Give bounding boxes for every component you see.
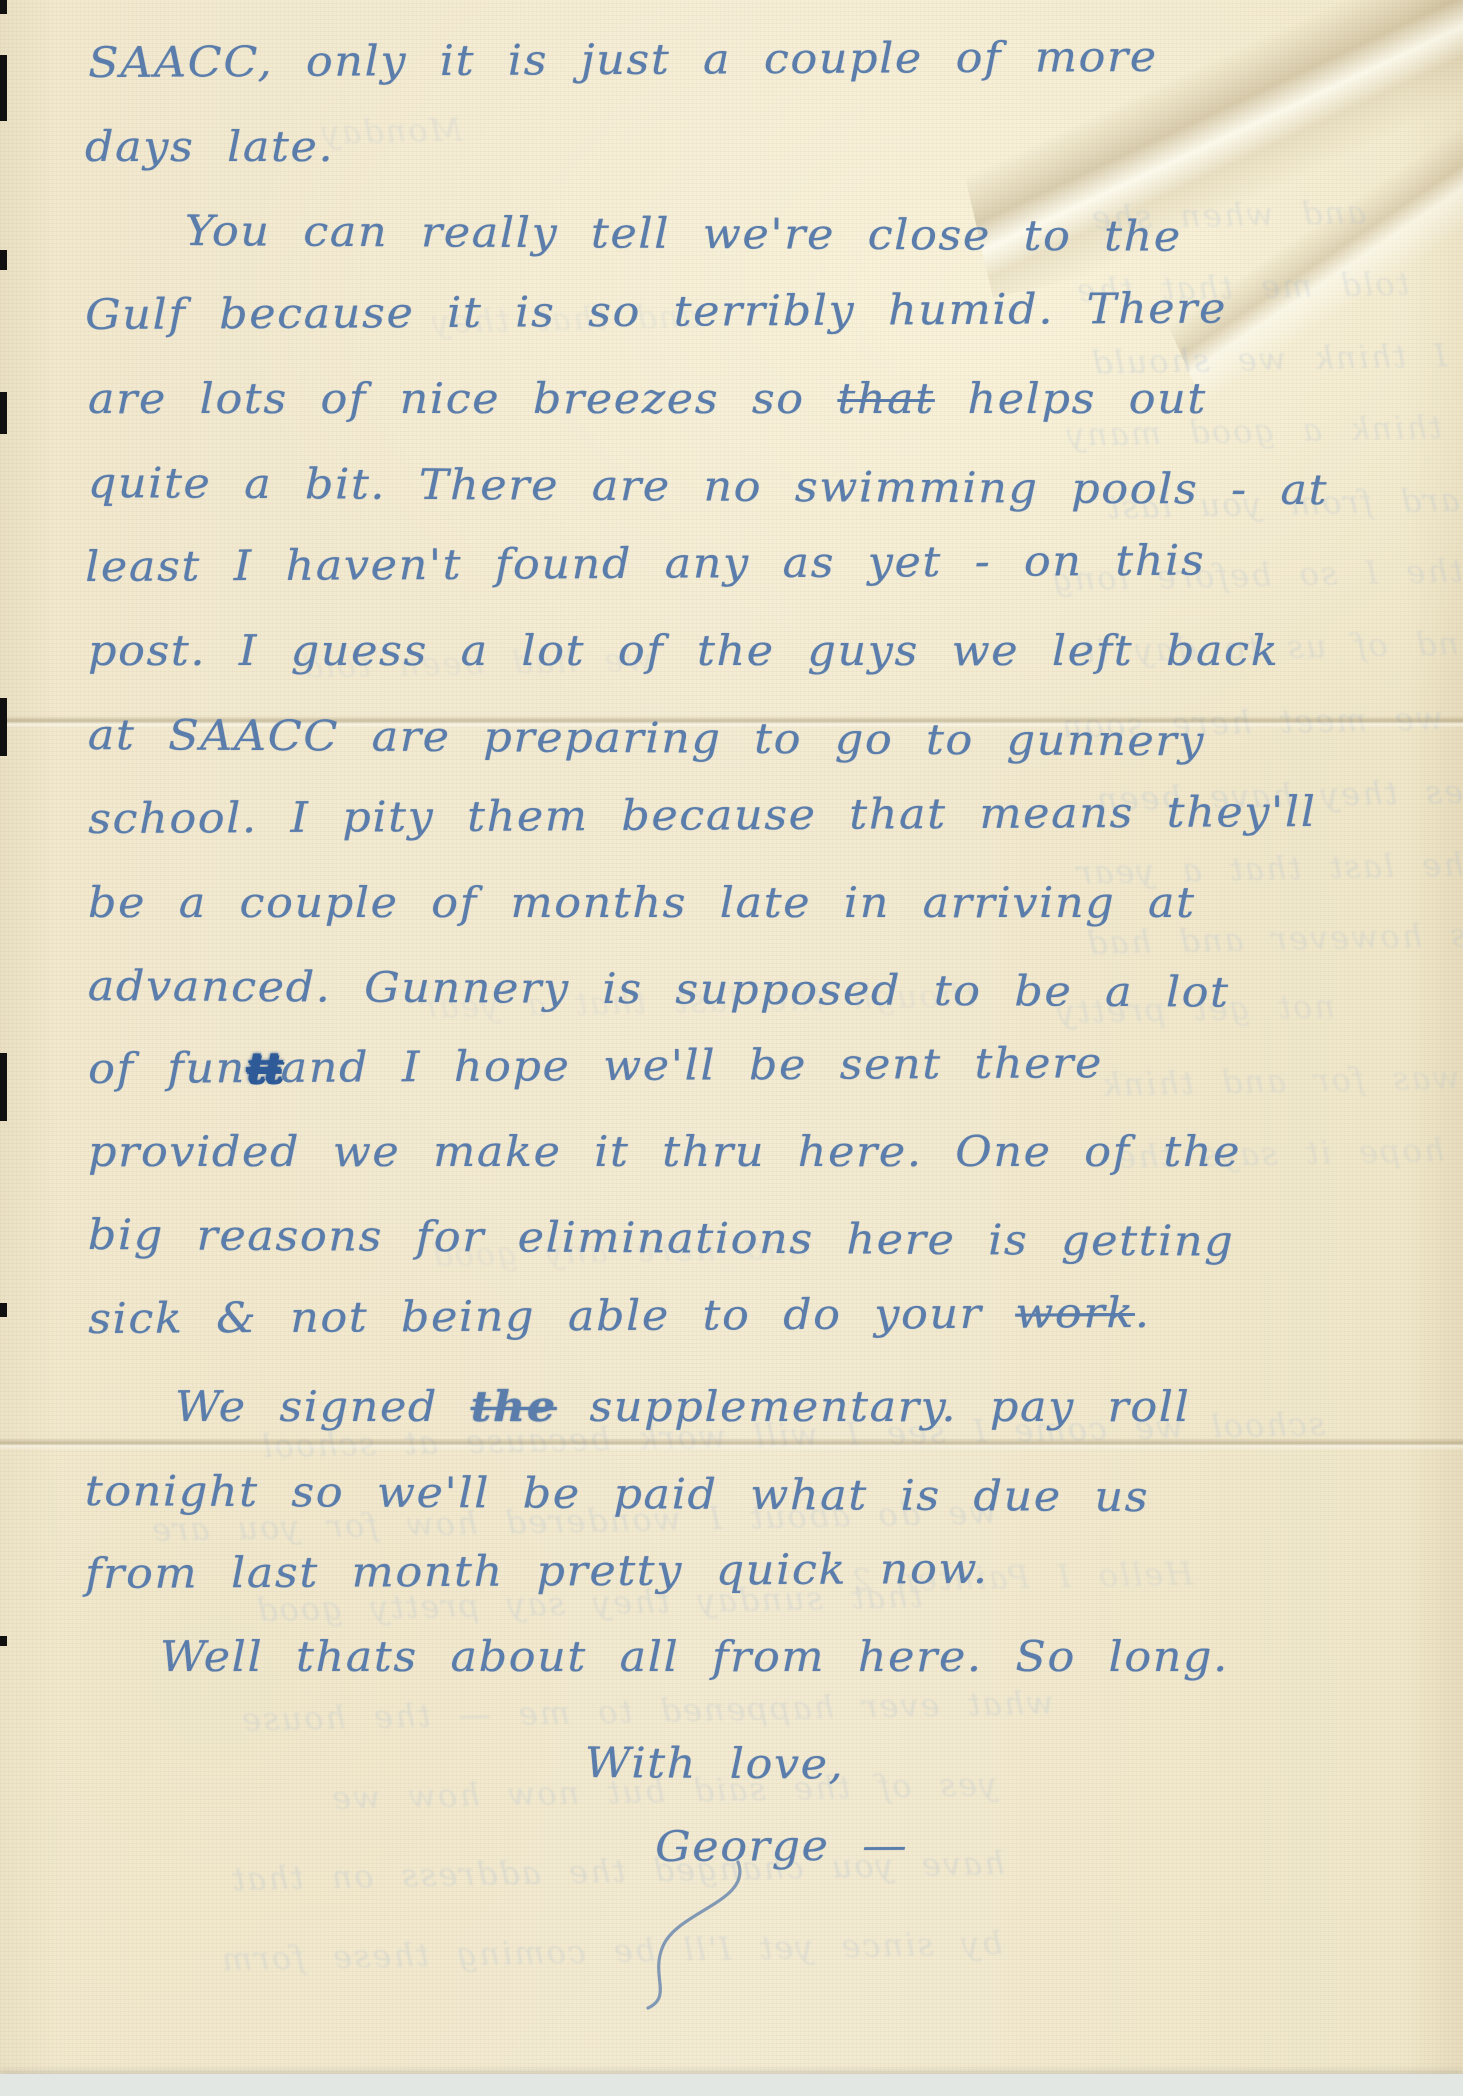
scanner-bed-strip: [0, 2074, 1463, 2096]
letter-text: supplementary. pay roll: [557, 1382, 1191, 1431]
letter-text: tonight so we'll be paid what is due us: [85, 1466, 1150, 1521]
scanner-edge-mark: [0, 250, 7, 270]
scanner-edge-mark: [0, 0, 7, 14]
struck-out-text: work: [1015, 1288, 1135, 1338]
letter-line: Gulf because it is so terribly humid. Th…: [85, 287, 1227, 336]
letter-text: helps out: [935, 374, 1207, 423]
letter-text: George —: [655, 1821, 909, 1871]
letter-text: provided we make it thru here. One of th…: [88, 1127, 1241, 1176]
letter-line: advanced. Gunnery is supposed to be a lo…: [88, 965, 1230, 1014]
letter-text: from last month pretty quick now.: [85, 1544, 989, 1598]
letter-text: Well thats about all from here. So long.: [160, 1632, 1229, 1681]
letter-line: from last month pretty quick now.: [85, 1548, 989, 1595]
bleedthrough-line: was for and think: [1100, 1058, 1460, 1104]
letter-line: We signed the supplementary. pay roll: [175, 1386, 1190, 1428]
letter-text: quite a bit. There are no swimming pools…: [88, 458, 1329, 514]
letter-text: SAACC, only it is just a couple of more: [88, 32, 1158, 87]
letter-line: sick & not being able to do your work.: [88, 1292, 1151, 1340]
scanner-edge-mark: [0, 392, 7, 434]
letter-text: at SAACC are preparing to go to gunnery: [88, 710, 1205, 765]
letter-line: post. I guess a lot of the guys we left …: [88, 630, 1279, 672]
letter-line: quite a bit. There are no swimming pools…: [88, 462, 1328, 511]
letter-text: and I hope we'll be sent there: [281, 1038, 1104, 1092]
letter-line: You can really tell we're close to the: [185, 210, 1182, 258]
letter-text: big reasons for eliminations here is get…: [88, 1210, 1235, 1266]
letter-text: days late.: [85, 122, 334, 171]
fold-crease: [0, 1438, 1463, 1450]
letter-text: least I haven't found any as yet - on th…: [85, 536, 1206, 591]
letter-line: are lots of nice breezes so that helps o…: [88, 378, 1207, 420]
scanner-edge-mark: [0, 698, 7, 756]
signature-flourish: [618, 1856, 788, 2016]
letter-text: advanced. Gunnery is supposed to be a lo…: [88, 961, 1230, 1017]
struck-out-text: the: [471, 1382, 557, 1431]
letter-text: post. I guess a lot of the guys we left …: [88, 626, 1279, 675]
letter-text: We signed: [175, 1382, 471, 1431]
letter-line: of funttand I hope we'll be sent there: [88, 1042, 1103, 1090]
letter-line: school. I pity them because that means t…: [88, 791, 1317, 840]
letter-line: big reasons for eliminations here is get…: [88, 1214, 1235, 1263]
letter-text: are lots of nice breezes so: [88, 374, 837, 423]
letter-text: school. I pity them because that means t…: [88, 787, 1317, 843]
letter-line: With love,: [585, 1742, 845, 1785]
letter-line: provided we make it thru here. One of th…: [88, 1131, 1241, 1173]
letter-text: be a couple of months late in arriving a…: [88, 878, 1196, 927]
letter-line: Well thats about all from here. So long.: [160, 1636, 1229, 1678]
bleedthrough-line: by since yet I'll be coming these form: [220, 1924, 1003, 1978]
letter-page: Mondayand when shetold me that theI thin…: [0, 0, 1463, 2096]
scanner-edge-mark: [0, 55, 7, 121]
scanner-edge-mark: [0, 1636, 7, 1646]
struck-out-text: that: [837, 374, 934, 423]
letter-line: least I haven't found any as yet - on th…: [85, 540, 1205, 588]
letter-line: days late.: [85, 126, 334, 168]
letter-text: .: [1135, 1288, 1151, 1337]
letter-line: be a couple of months late in arriving a…: [88, 882, 1196, 924]
letter-line: SAACC, only it is just a couple of more: [88, 36, 1158, 84]
letter-line: at SAACC are preparing to go to gunnery: [88, 714, 1205, 762]
struck-out-text: tt: [246, 1043, 281, 1092]
scanner-edge-mark: [0, 1053, 7, 1121]
letter-text: You can really tell we're close to the: [185, 206, 1182, 261]
letter-text: Gulf because it is so terribly humid. Th…: [85, 283, 1227, 339]
bleedthrough-line: Monday: [320, 111, 463, 152]
letter-text: sick & not being able to do your: [88, 1289, 1015, 1343]
bleedthrough-line: what ever happened to me — the house: [240, 1683, 1054, 1738]
scanner-edge-mark: [0, 1303, 7, 1317]
letter-line: tonight so we'll be paid what is due us: [85, 1470, 1150, 1518]
letter-text: With love,: [585, 1738, 845, 1788]
letter-text: of fun: [88, 1043, 246, 1093]
letter-line: George —: [655, 1825, 908, 1868]
